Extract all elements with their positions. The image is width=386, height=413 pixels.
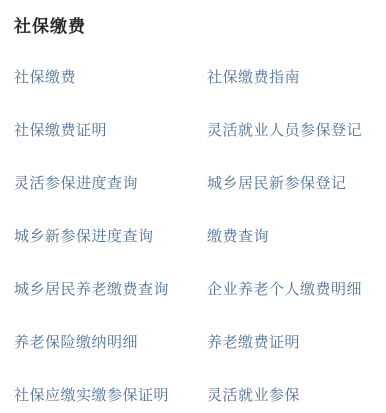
page-title: 社保缴费 [14, 18, 372, 35]
link-payment-certificate[interactable]: 社保缴费证明 [14, 121, 207, 141]
link-pension-payment-certificate[interactable]: 养老缴费证明 [207, 333, 372, 353]
content-container: 社保缴费 社保缴费 社保缴费指南 社保缴费证明 灵活就业人员参保登记 灵活参保进… [0, 0, 386, 406]
link-payable-paid-enrollment-certificate[interactable]: 社保应缴实缴参保证明 [14, 386, 207, 406]
social-insurance-payment-page: 社保缴费 社保缴费 社保缴费指南 社保缴费证明 灵活就业人员参保登记 灵活参保进… [0, 0, 386, 413]
service-links-grid: 社保缴费 社保缴费指南 社保缴费证明 灵活就业人员参保登记 灵活参保进度查询 城… [14, 68, 372, 406]
link-payment-inquiry[interactable]: 缴费查询 [207, 227, 372, 247]
link-urban-rural-pension-payment-inquiry[interactable]: 城乡居民养老缴费查询 [14, 280, 207, 300]
link-flexible-employment-enrollment[interactable]: 灵活就业参保 [207, 386, 372, 406]
link-enterprise-pension-personal-payment-detail[interactable]: 企业养老个人缴费明细 [207, 280, 372, 300]
link-urban-rural-resident-new-registration[interactable]: 城乡居民新参保登记 [207, 174, 372, 194]
link-payment-guide[interactable]: 社保缴费指南 [207, 68, 372, 88]
link-urban-rural-new-enrollment-progress-inquiry[interactable]: 城乡新参保进度查询 [14, 227, 207, 247]
link-flexible-employment-registration[interactable]: 灵活就业人员参保登记 [207, 121, 372, 141]
link-flexible-enrollment-progress-inquiry[interactable]: 灵活参保进度查询 [14, 174, 207, 194]
link-pension-insurance-payment-detail[interactable]: 养老保险缴纳明细 [14, 333, 207, 353]
link-social-insurance-payment[interactable]: 社保缴费 [14, 68, 207, 88]
